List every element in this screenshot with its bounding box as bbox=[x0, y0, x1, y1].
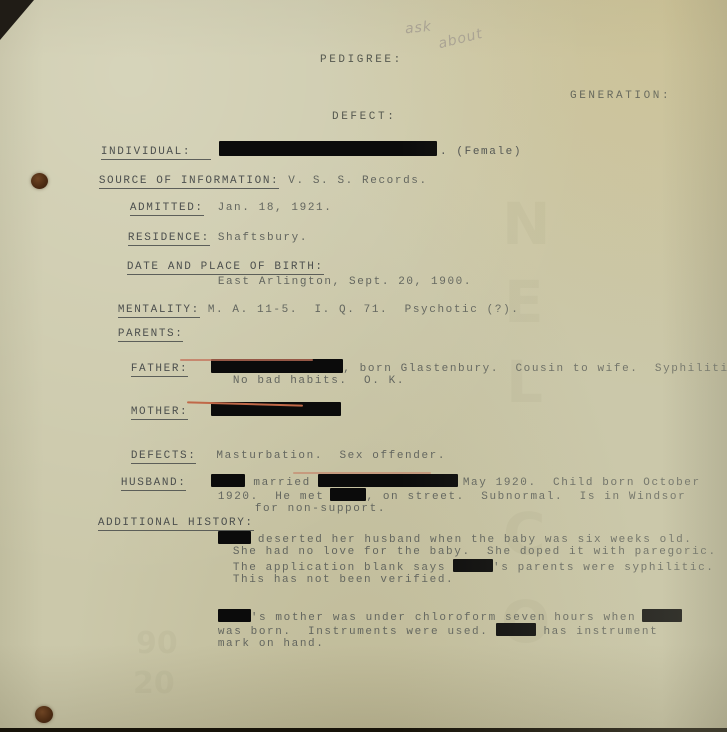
defect-label: DEFECT: bbox=[332, 110, 396, 124]
residence-value: Shaftsbury. bbox=[218, 232, 308, 244]
admitted-value: Jan. 18, 1921. bbox=[218, 202, 333, 214]
history-p2-line3: mark on hand. bbox=[185, 623, 324, 665]
father-text-line2: No bad habits. O. K. bbox=[233, 375, 405, 387]
redaction-bar-history-5 bbox=[496, 623, 536, 636]
husband-text-line2-after: , on street. Subnormal. Is in Windsor bbox=[366, 491, 686, 503]
hole-punch-top bbox=[31, 173, 48, 189]
birth-value: East Arlington, Sept. 20, 1900. bbox=[218, 276, 472, 288]
watermark-ghost: 90 bbox=[136, 626, 178, 661]
handwritten-note-word1: ask bbox=[404, 19, 433, 38]
mother-label: MOTHER: bbox=[131, 406, 188, 420]
document-page: N E L C O 90 20 ask about PEDIGREE: GENE… bbox=[0, 0, 727, 732]
photo-corner-shadow bbox=[0, 0, 34, 40]
parents-label: PARENTS: bbox=[118, 328, 184, 342]
handwritten-note-word2: about bbox=[437, 26, 485, 53]
generation-label: GENERATION: bbox=[570, 89, 671, 103]
husband-text-line3: for non-support. bbox=[255, 503, 386, 515]
father-label: FATHER: bbox=[131, 363, 188, 377]
individual-label: INDIVIDUAL: bbox=[101, 146, 211, 160]
watermark-letter: N bbox=[502, 190, 551, 258]
redaction-bar-individual bbox=[219, 141, 437, 156]
father-row: FATHER:, born Glastenbury. Cousin to wif… bbox=[98, 345, 727, 390]
residence-label: RESIDENCE: bbox=[128, 232, 210, 246]
history-text-p1l4: This has not been verified. bbox=[233, 574, 454, 586]
mentality-value: M. A. 11-5. I. Q. 71. Psychotic (?). bbox=[208, 304, 520, 316]
history-text-p2l3: mark on hand. bbox=[218, 638, 325, 650]
admitted-label: ADMITTED: bbox=[130, 202, 204, 216]
hole-punch-bottom bbox=[35, 706, 53, 723]
source-value: V. S. S. Records. bbox=[288, 175, 427, 187]
photo-bottom-edge bbox=[0, 728, 727, 732]
watermark-ghost: 20 bbox=[133, 666, 175, 701]
history-text-p2l2-after: has instrument bbox=[543, 626, 658, 638]
husband-label: HUSBAND: bbox=[121, 477, 187, 491]
individual-suffix: . (Female) bbox=[440, 146, 522, 158]
redaction-bar-history-2 bbox=[453, 559, 493, 572]
mother-row: MOTHER: bbox=[98, 388, 341, 433]
history-text-p1l3-after: 's parents were syphilitic. bbox=[493, 562, 714, 574]
pedigree-heading: PEDIGREE: bbox=[320, 53, 403, 67]
